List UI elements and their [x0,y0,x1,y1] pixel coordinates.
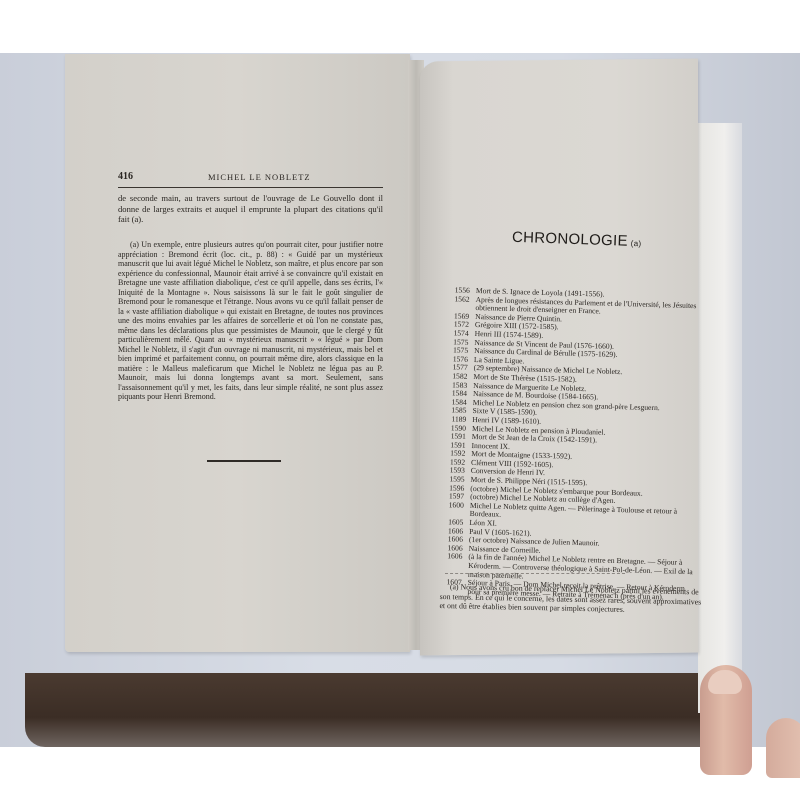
page-number: 416 [118,171,133,182]
footnote-text: (a) Un exemple, entre plusieurs autres q… [118,240,383,402]
entry-year: 1562 [439,295,475,313]
book-shadow [25,673,725,747]
title-note: (a) [631,239,642,248]
footnote-text: (a) Nous avons cru bon de replacer Miche… [439,582,705,616]
end-rule [207,460,281,462]
running-head: MICHEL LE NOBLETZ [208,172,311,182]
footnote-right: (a) Nous avons cru bon de replacer Miche… [439,582,705,616]
page-header: 416 MICHEL LE NOBLETZ [118,171,383,188]
finger [766,718,800,778]
footnote-left: (a) Un exemple, entre plusieurs autres q… [118,240,383,402]
body-paragraph: de seconde main, au travers surtout de l… [118,193,383,225]
page-edges [698,123,742,713]
separator [445,573,625,578]
entry-year: 1600 [434,501,470,519]
chronology-list: 1556Mort de S. Ignace de Loyola (1491-15… [431,286,705,603]
thumbnail [708,670,742,694]
